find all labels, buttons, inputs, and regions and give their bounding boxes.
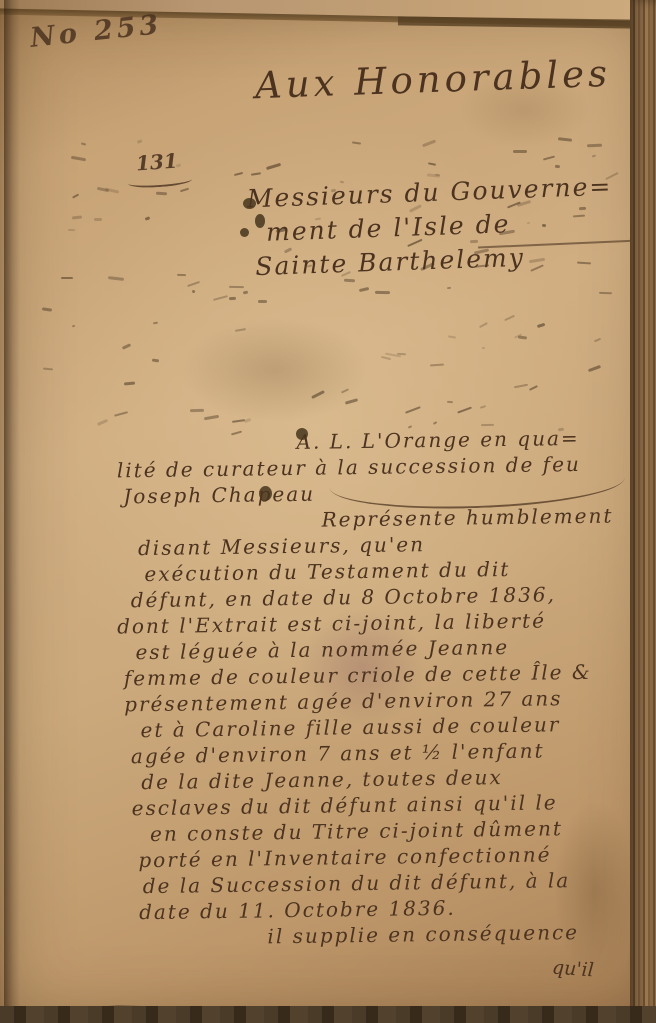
folio-number: 131 bbox=[135, 149, 178, 176]
book-binding-edge bbox=[630, 0, 656, 1023]
lower-page-edge bbox=[0, 1006, 656, 1023]
page-fold-shadow bbox=[4, 0, 20, 1023]
body-line: il supplie en conséquence bbox=[267, 918, 619, 949]
catchword: qu'il bbox=[551, 957, 594, 982]
manuscript-photo: No 253 131 Aux Honorables Messieurs du G… bbox=[0, 0, 656, 1023]
petition-body: A. L. L'Orange en qua= lité de curateur … bbox=[108, 425, 619, 952]
address-block: Messieurs du Gouverne= ment de l'Isle de… bbox=[246, 170, 615, 285]
